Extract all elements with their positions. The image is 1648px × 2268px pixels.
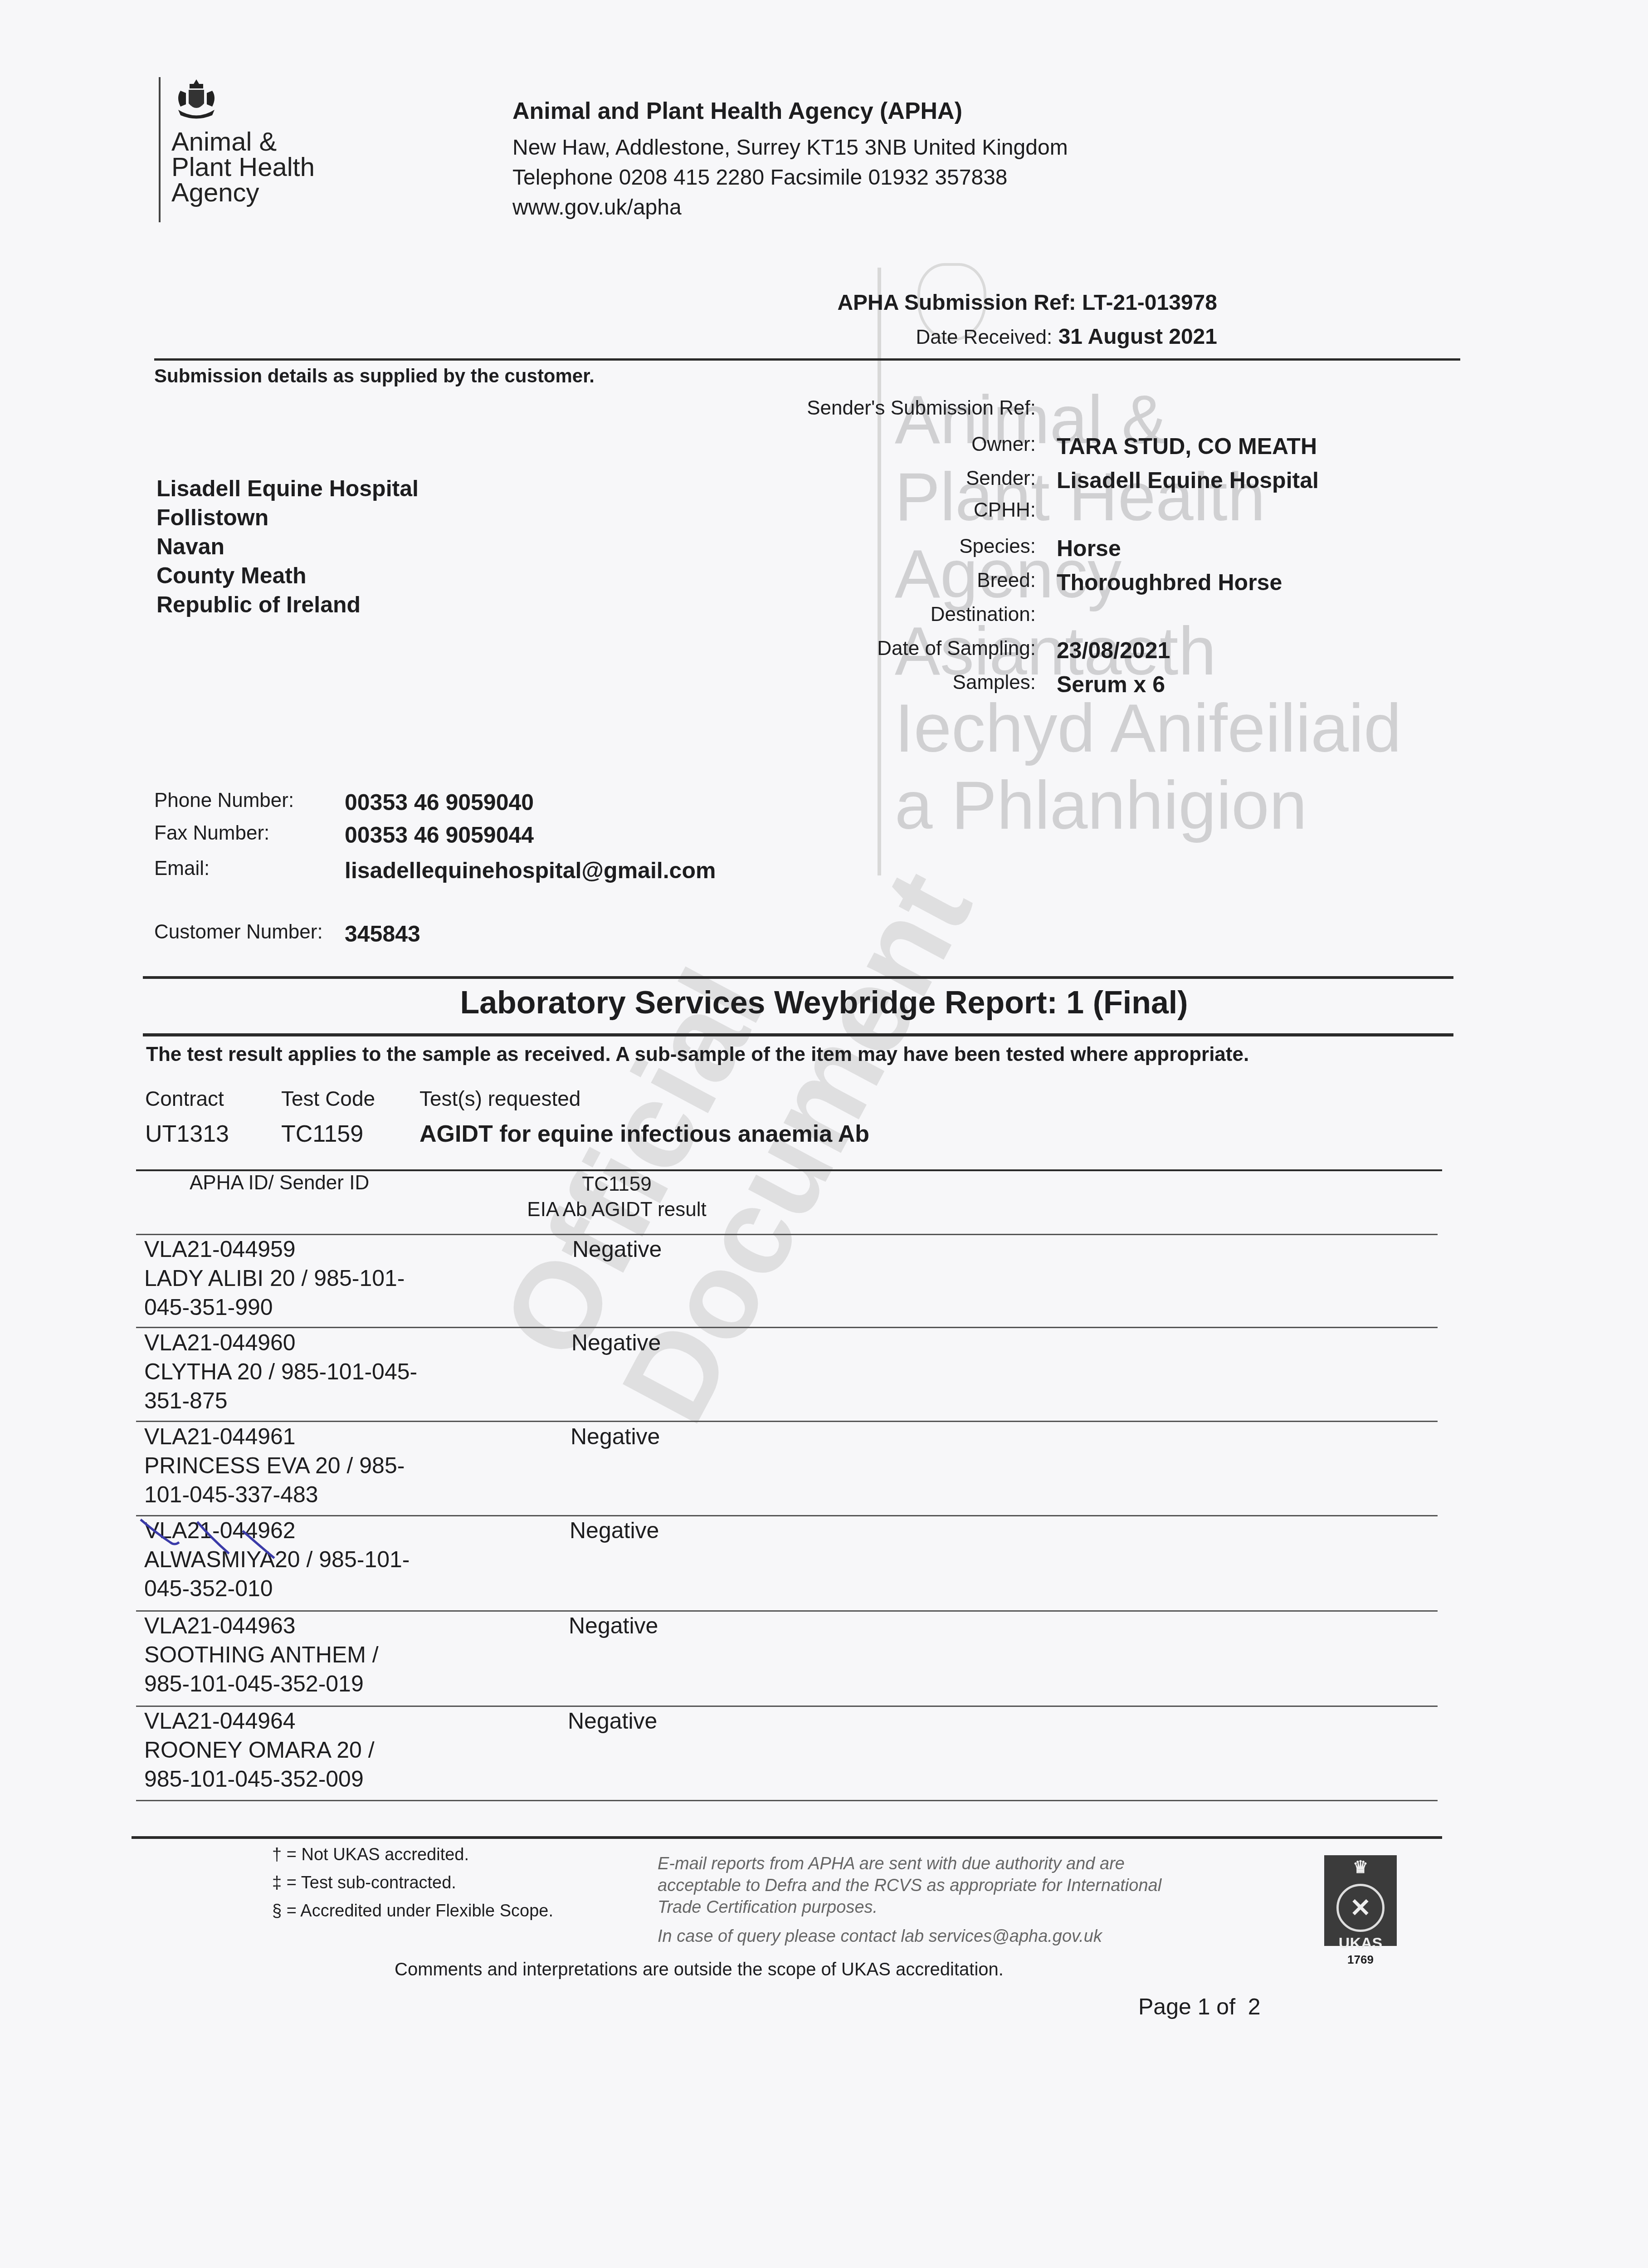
phone-value: 00353 46 9059040	[345, 789, 534, 816]
divider	[143, 1033, 1453, 1036]
footer-key: † = Not UKAS accredited. ‡ = Test sub-co…	[272, 1841, 553, 1925]
detail-label: Date of Sampling:	[877, 637, 1036, 660]
table-row: VLA21-044962 ALWASMIYA20 / 985-101- 045-…	[144, 1516, 410, 1603]
watermark-line: Iechyd Anifeiliaid	[895, 689, 1401, 767]
ukas-cross-icon: ✕	[1336, 1884, 1385, 1932]
address-line: Republic of Ireland	[156, 590, 419, 619]
key-line: § = Accredited under Flexible Scope.	[272, 1897, 553, 1925]
table-row: VLA21-044960 CLYTHA 20 / 985-101-045- 35…	[144, 1328, 417, 1415]
row-divider	[136, 1800, 1438, 1801]
sender-id: 045-352-010	[144, 1574, 410, 1603]
address-line: Navan	[156, 532, 419, 561]
royal-coat-of-arms-icon	[171, 77, 221, 122]
divider	[154, 358, 1460, 361]
apha-id: VLA21-044959	[144, 1235, 405, 1264]
apha-id: VLA21-044963	[144, 1611, 379, 1640]
test-code-value: TC1159	[281, 1120, 363, 1148]
result-code-header: TC1159	[508, 1172, 726, 1197]
email-note-line: acceptable to Defra and the RCVS as appr…	[658, 1875, 1161, 1897]
divider	[132, 1836, 1442, 1839]
apha-id: VLA21-044962	[144, 1516, 410, 1545]
agency-website[interactable]: www.gov.uk/apha	[512, 193, 1068, 223]
detail-value: Serum x 6	[1057, 671, 1165, 698]
sender-id: 101-045-337-483	[144, 1480, 405, 1509]
agency-address: New Haw, Addlestone, Surrey KT15 3NB Uni…	[512, 133, 1068, 163]
detail-label: Destination:	[931, 603, 1036, 626]
report-title: Laboratory Services Weybridge Report: 1 …	[0, 984, 1648, 1021]
result-value: Negative	[572, 1235, 662, 1264]
apha-id: VLA21-044961	[144, 1422, 405, 1451]
page-number: Page 1 of 2	[1138, 1994, 1261, 2020]
date-received-label: Date Received:	[916, 326, 1052, 348]
email-label: Email:	[154, 857, 210, 880]
agency-header: Animal and Plant Health Agency (APHA) Ne…	[512, 98, 1068, 223]
table-row: VLA21-044959 LADY ALIBI 20 / 985-101- 04…	[144, 1235, 405, 1322]
sender-id: 045-351-990	[144, 1293, 405, 1322]
detail-value: Horse	[1057, 535, 1121, 562]
table-row: VLA21-044963 SOOTHING ANTHEM / 985-101-0…	[144, 1611, 379, 1698]
detail-label: Breed:	[977, 569, 1036, 592]
logo-line: Animal &	[171, 129, 315, 155]
key-line: ‡ = Test sub-contracted.	[272, 1869, 553, 1897]
address-line: Follistown	[156, 503, 419, 532]
test-code-header: Test Code	[281, 1086, 375, 1111]
ukas-logo: ♛ ✕ UKAS	[1324, 1855, 1397, 1946]
contract-header: Contract	[145, 1086, 224, 1111]
key-line: † = Not UKAS accredited.	[272, 1841, 553, 1869]
result-value: Negative	[569, 1611, 658, 1640]
date-received-value: 31 August 2021	[1058, 325, 1217, 349]
detail-value: TARA STUD, CO MEATH	[1057, 433, 1317, 459]
result-name-header: EIA Ab AGIDT result	[508, 1197, 726, 1222]
table-row: VLA21-044964 ROONEY OMARA 20 / 985-101-0…	[144, 1706, 375, 1794]
detail-value: 23/08/2021	[1057, 637, 1170, 664]
ukas-accreditation-number: 1769	[1336, 1953, 1385, 1967]
report-disclaimer: The test result applies to the sample as…	[146, 1043, 1249, 1066]
customer-address: Lisadell Equine Hospital Follistown Nava…	[156, 474, 419, 619]
sender-id: PRINCESS EVA 20 / 985-	[144, 1451, 405, 1480]
customer-number-value: 345843	[345, 921, 420, 947]
divider	[136, 1169, 1442, 1171]
id-column-header: APHA ID/ Sender ID	[190, 1172, 369, 1194]
supplied-note: Submission details as supplied by the cu…	[154, 365, 595, 387]
contract-value: UT1313	[145, 1120, 229, 1148]
watermark-line: a Phlanhigion	[895, 767, 1401, 844]
fax-value: 00353 46 9059044	[345, 822, 534, 848]
apha-id: VLA21-044960	[144, 1328, 417, 1357]
detail-label: Sender:	[966, 467, 1036, 490]
detail-label: Sender's Submission Ref:	[807, 397, 1036, 420]
official-document-watermark: Official Document	[476, 787, 998, 1443]
detail-label: CPHH:	[974, 499, 1036, 522]
result-column-header: TC1159 EIA Ab AGIDT result	[508, 1172, 726, 1222]
detail-label: Samples:	[953, 671, 1036, 694]
detail-value: Thoroughbred Horse	[1057, 569, 1282, 596]
logo-line: Plant Health	[171, 155, 315, 180]
date-received: Date Received: 31 August 2021	[916, 324, 1217, 349]
sender-id: CLYTHA 20 / 985-101-045-	[144, 1357, 417, 1386]
result-value: Negative	[571, 1328, 661, 1357]
fax-label: Fax Number:	[154, 822, 269, 845]
email-value[interactable]: lisadellequinehospital@gmail.com	[345, 857, 716, 884]
sender-id: ROONEY OMARA 20 /	[144, 1735, 375, 1765]
agency-name: Animal and Plant Health Agency (APHA)	[512, 98, 1068, 125]
phone-label: Phone Number:	[154, 789, 294, 812]
apha-id: VLA21-044964	[144, 1706, 375, 1735]
customer-number-label: Customer Number:	[154, 921, 323, 943]
logo-line: Agency	[171, 180, 315, 205]
sender-id: 985-101-045-352-019	[144, 1669, 379, 1698]
sender-id: 351-875	[144, 1386, 417, 1415]
apha-logo: Animal & Plant Health Agency	[159, 77, 315, 222]
ukas-label: UKAS	[1324, 1935, 1397, 1952]
email-note: E-mail reports from APHA are sent with d…	[658, 1853, 1161, 1947]
table-row: VLA21-044961 PRINCESS EVA 20 / 985- 101-…	[144, 1422, 405, 1509]
query-note: In case of query please contact lab serv…	[658, 1926, 1161, 1947]
sender-id: ALWASMIYA20 / 985-101-	[144, 1545, 410, 1574]
sender-id: LADY ALIBI 20 / 985-101-	[144, 1264, 405, 1293]
submission-ref: APHA Submission Ref: LT-21-013978	[837, 290, 1217, 315]
detail-label: Owner:	[971, 433, 1036, 456]
sender-id: SOOTHING ANTHEM /	[144, 1640, 379, 1669]
crown-icon: ♛	[1324, 1857, 1397, 1877]
email-note-line: Trade Certification purposes.	[658, 1897, 1161, 1918]
address-line: Lisadell Equine Hospital	[156, 474, 419, 503]
address-line: County Meath	[156, 561, 419, 590]
result-value: Negative	[570, 1516, 659, 1545]
divider	[143, 976, 1453, 979]
submission-ref-value: LT-21-013978	[1082, 291, 1217, 315]
email-note-line: E-mail reports from APHA are sent with d…	[658, 1853, 1161, 1875]
detail-value: Lisadell Equine Hospital	[1057, 467, 1319, 494]
sender-id: 985-101-045-352-009	[144, 1765, 375, 1794]
detail-label: Species:	[959, 535, 1036, 558]
tests-requested-value: AGIDT for equine infectious anaemia Ab	[419, 1120, 869, 1148]
tests-requested-header: Test(s) requested	[419, 1086, 580, 1111]
result-value: Negative	[568, 1706, 657, 1735]
submission-ref-label: APHA Submission Ref:	[837, 291, 1076, 315]
comments-note: Comments and interpretations are outside…	[395, 1960, 1004, 1980]
result-value: Negative	[570, 1422, 660, 1451]
agency-contact: Telephone 0208 415 2280 Facsimile 01932 …	[512, 163, 1068, 193]
